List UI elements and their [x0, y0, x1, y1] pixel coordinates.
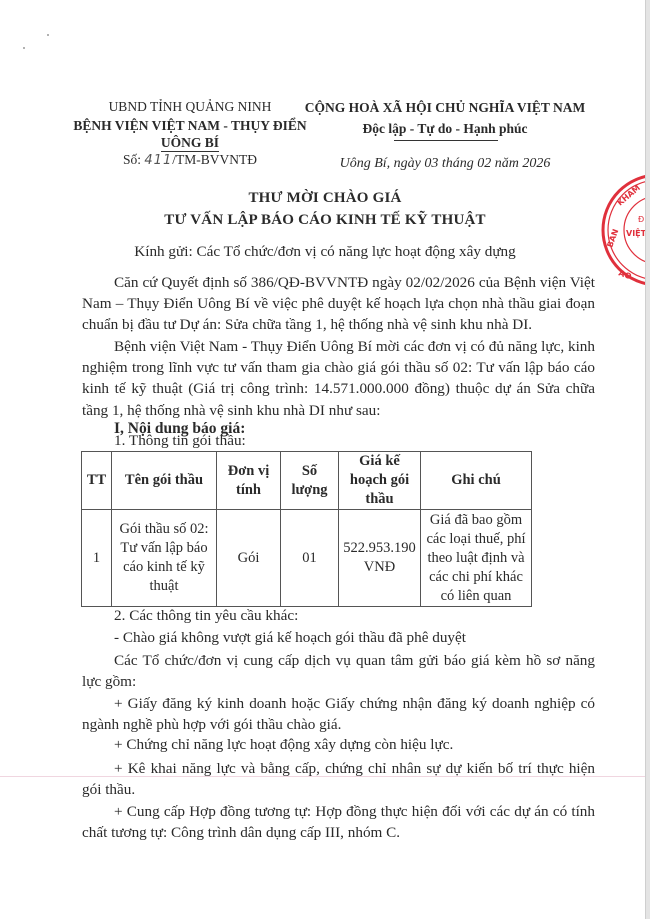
col-header-planned-price: Giá kế hoạch gói thầu [339, 452, 421, 510]
document-item-text: + Cung cấp Hợp đồng tương tự: Hợp đồng t… [82, 803, 595, 841]
submission-intro-text: Các Tổ chức/đơn vị cung cấp dịch vụ quan… [82, 652, 595, 690]
basis-paragraph: Căn cứ Quyết định số 386/QĐ-BVVNTĐ ngày … [82, 272, 595, 336]
nation-title: CỘNG HOÀ XÃ HỘI CHỦ NGHĨA VIỆT NAM [300, 100, 590, 116]
cell-note: Giá đã bao gồm các loại thuế, phí theo l… [421, 510, 532, 607]
col-header-package-name: Tên gói thầu [112, 452, 217, 510]
national-motto: Độc lập - Tự do - Hạnh phúc [300, 121, 590, 137]
scan-speck [47, 34, 49, 36]
authority-name: UBND TỈNH QUẢNG NINH [80, 99, 300, 115]
recipient-line: Kính gửi: Các Tổ chức/đơn vị có năng lực… [0, 243, 650, 261]
organization-name: BỆNH VIỆN VIỆT NAM - THỤY ĐIỂN [70, 118, 310, 134]
place-date: Uông Bí, ngày 03 tháng 02 năm 2026 [300, 156, 590, 172]
svg-text:AO: AO [617, 268, 632, 281]
page-edge [645, 0, 650, 919]
cell-planned-price: 522.953.190 VNĐ [339, 510, 421, 607]
subsection-1-heading: 1. Thông tin gói thầu: [114, 432, 246, 450]
document-item-text: + Kê khai năng lực và bằng cấp, chứng ch… [82, 760, 595, 798]
col-header-unit: Đơn vị tính [217, 452, 281, 510]
document-title: THƯ MỜI CHÀO GIÁ [0, 190, 650, 207]
subsection-1-text: 1. Thông tin gói thầu: [114, 432, 246, 449]
col-header-tt: TT [82, 452, 112, 510]
table-header-row: TT Tên gói thầu Đơn vị tính Số lượng Giá… [82, 452, 532, 510]
doc-number-handwritten: 411 [144, 153, 172, 168]
doc-number-prefix: Số: [123, 152, 144, 167]
invitation-text: Bệnh viện Việt Nam - Thụy Điển Uông Bí m… [82, 338, 595, 419]
col-header-quantity: Số lượng [281, 452, 339, 510]
cell-package-name: Gói thầu số 02: Tư vấn lập báo cáo kinh … [112, 510, 217, 607]
svg-text:VIỆT N: VIỆT N [626, 228, 645, 238]
scan-speck [23, 47, 25, 49]
subsection-2-heading: 2. Các thông tin yêu cầu khác: [114, 607, 298, 625]
invitation-paragraph: Bệnh viện Việt Nam - Thụy Điển Uông Bí m… [82, 336, 595, 421]
document-item: + Chứng chỉ năng lực hoạt động xây dựng … [114, 736, 453, 754]
submission-intro: Các Tổ chức/đơn vị cung cấp dịch vụ quan… [82, 650, 595, 692]
document-item: + Cung cấp Hợp đồng tương tự: Hợp đồng t… [82, 801, 595, 843]
doc-number-suffix: /TM-BVVNTĐ [172, 152, 257, 167]
organization-name-location: UÔNG BÍ [161, 135, 219, 152]
organization-name-line2: UÔNG BÍ [80, 135, 300, 151]
cell-quantity: 01 [281, 510, 339, 607]
document-item: + Kê khai năng lực và bằng cấp, chứng ch… [82, 758, 595, 800]
cell-unit: Gói [217, 510, 281, 607]
document-item-text: + Giấy đăng ký kinh doanh hoặc Giấy chứn… [82, 695, 595, 733]
document-number: Số: 411/TM-BVVNTĐ [80, 152, 300, 168]
document-subtitle: TƯ VẤN LẬP BÁO CÁO KINH TẾ KỸ THUẬT [0, 212, 650, 229]
requirement-item: - Chào giá không vượt giá kế hoạch gói t… [114, 629, 466, 647]
table-row: 1 Gói thầu số 02: Tư vấn lập báo cáo kin… [82, 510, 532, 607]
motto-underline [394, 140, 498, 141]
col-header-note: Ghi chú [421, 452, 532, 510]
cell-tt: 1 [82, 510, 112, 607]
basis-text: Căn cứ Quyết định số 386/QĐ-BVVNTĐ ngày … [82, 274, 595, 333]
bid-package-table: TT Tên gói thầu Đơn vị tính Số lượng Giá… [81, 451, 532, 607]
document-item: + Giấy đăng ký kinh doanh hoặc Giấy chứn… [82, 693, 595, 735]
